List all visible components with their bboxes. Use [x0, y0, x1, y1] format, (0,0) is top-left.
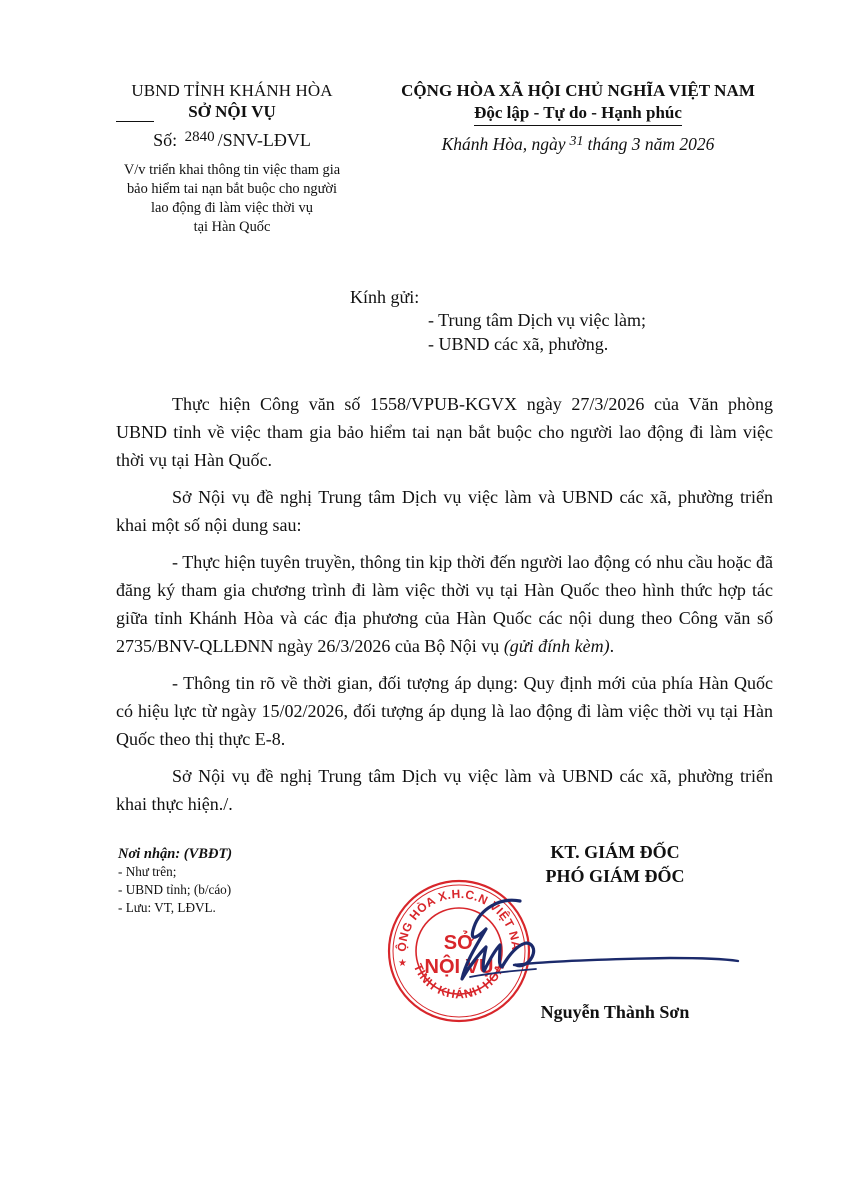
body-paragraph: - Thông tin rõ về thời gian, đối tượng á…: [116, 669, 773, 753]
document-number-suffix: /SNV-LĐVL: [218, 130, 311, 150]
document-number-value: 2840: [182, 129, 218, 145]
body-paragraph: Sở Nội vụ đề nghị Trung tâm Dịch vụ việc…: [116, 762, 773, 818]
date-suffix: tháng 3 năm 2026: [588, 134, 715, 154]
national-motto: Độc lập - Tự do - Hạnh phúc: [474, 102, 682, 126]
body-paragraph: - Thực hiện tuyên truyền, thông tin kịp …: [116, 548, 773, 660]
subject-line: V/v triển khai thông tin việc tham gia: [108, 161, 356, 180]
signer-authority: KT. GIÁM ĐỐC: [490, 840, 740, 864]
recipients-list: - Trung tâm Dịch vụ việc làm; - UBND các…: [428, 308, 646, 356]
date-day: 31: [566, 134, 588, 149]
date-prefix: Khánh Hòa, ngày: [442, 134, 566, 154]
svg-text:★: ★: [398, 958, 407, 969]
issuing-agency-block: UBND TỈNH KHÁNH HÒA SỞ NỘI VỤ Số: 2840/S…: [104, 80, 360, 237]
national-header-block: CỘNG HÒA XÃ HỘI CHỦ NGHĨA VIỆT NAM Độc l…: [378, 80, 778, 159]
subject-line: bảo hiểm tai nạn bắt buộc cho người: [108, 180, 356, 199]
distribution-item: - UBND tỉnh; (b/cáo): [118, 881, 232, 899]
place-date-line: Khánh Hòa, ngày31tháng 3 năm 2026: [378, 132, 778, 159]
subject-line: tại Hàn Quốc: [108, 218, 356, 237]
attachment-end: .: [610, 636, 615, 656]
body-paragraph: Thực hiện Công văn số 1558/VPUB-KGVX ngà…: [116, 390, 773, 474]
signer-name: Nguyễn Thành Sơn: [490, 1000, 740, 1024]
distribution-list: Nơi nhận: (VBĐT) - Như trên; - UBND tỉnh…: [118, 845, 232, 917]
distribution-item: - Lưu: VT, LĐVL.: [118, 899, 232, 917]
document-subject: V/v triển khai thông tin việc tham gia b…: [104, 161, 360, 237]
body-paragraph-text: - Thực hiện tuyên truyền, thông tin kịp …: [116, 552, 773, 656]
document-body: Thực hiện Công văn số 1558/VPUB-KGVX ngà…: [116, 390, 773, 827]
organization-name: SỞ NỘI VỤ: [188, 102, 276, 122]
attachment-note: (gửi đính kèm): [504, 636, 610, 656]
document-number: Số: 2840/SNV-LĐVL: [104, 128, 360, 154]
body-paragraph: Sở Nội vụ đề nghị Trung tâm Dịch vụ việc…: [116, 483, 773, 539]
national-title: CỘNG HÒA XÃ HỘI CHỦ NGHĨA VIỆT NAM: [378, 80, 778, 102]
parent-organization: UBND TỈNH KHÁNH HÒA: [104, 80, 360, 102]
recipients-label: Kính gửi:: [350, 285, 419, 309]
distribution-title: Nơi nhận: (VBĐT): [118, 845, 232, 863]
recipient-item: - UBND các xã, phường.: [428, 332, 646, 356]
handwritten-signature-icon: [440, 895, 740, 985]
recipient-item: - Trung tâm Dịch vụ việc làm;: [428, 308, 646, 332]
organization-underline: [116, 121, 154, 122]
subject-line: lao động đi làm việc thời vụ: [108, 199, 356, 218]
distribution-item: - Như trên;: [118, 863, 232, 881]
document-number-prefix: Số:: [153, 130, 177, 150]
